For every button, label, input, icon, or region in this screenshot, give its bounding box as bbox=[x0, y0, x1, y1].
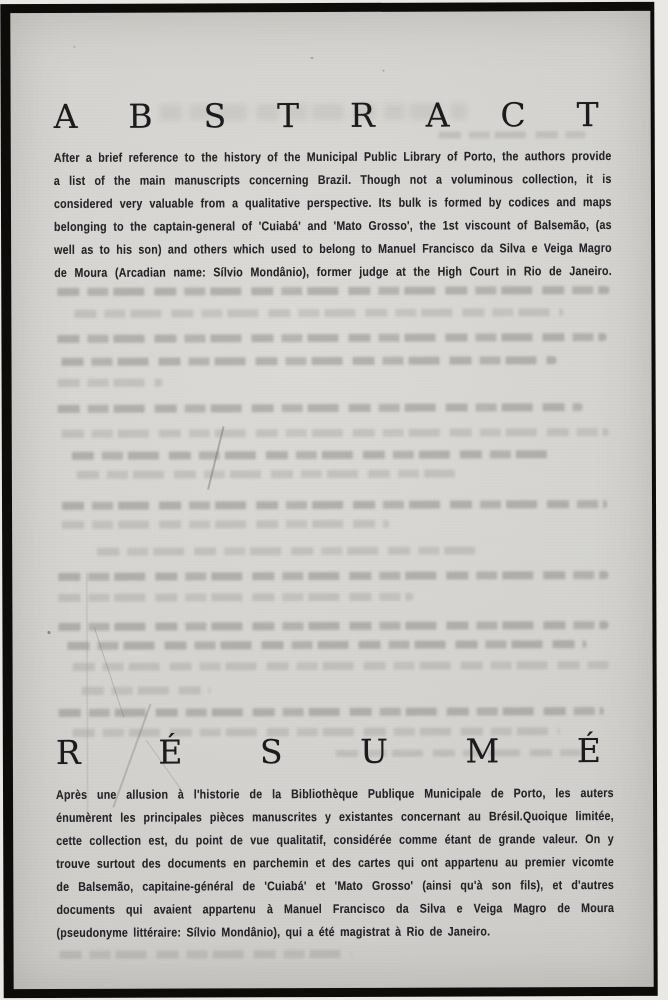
heading-letter: M bbox=[465, 734, 499, 767]
bleedthrough-line bbox=[55, 621, 608, 631]
paragraph-line: Après une allusion à l'historie de la Bi… bbox=[56, 782, 614, 807]
abstract-heading: A B S T R A C T bbox=[54, 98, 599, 133]
ink-speck bbox=[382, 70, 384, 72]
paragraph-line: énumèrent les principales pièces manuscr… bbox=[56, 805, 614, 830]
bleedthrough-line bbox=[64, 640, 586, 650]
bleedthrough-line bbox=[55, 403, 583, 413]
paragraph-line: de Moura (Arcadian name: Sílvio Mondânio… bbox=[54, 260, 612, 285]
ink-speck bbox=[310, 57, 313, 59]
heading-letter: S bbox=[203, 99, 226, 132]
bleedthrough-line bbox=[94, 546, 476, 555]
bleedthrough-line bbox=[70, 661, 610, 671]
paragraph-line: documents qui avaient appartenu à Manuel… bbox=[56, 897, 614, 922]
ink-speck bbox=[73, 46, 75, 48]
bleedthrough-line bbox=[54, 333, 606, 343]
paragraph-line: de Balsemão, capitaine-général de 'Cuiab… bbox=[56, 874, 614, 899]
heading-letter: A bbox=[54, 100, 78, 133]
bleedthrough-line bbox=[55, 571, 608, 581]
paragraph-line: considered very valuable from a qualitat… bbox=[54, 191, 612, 216]
paragraph-line: a list of the main manuscripts concernin… bbox=[54, 168, 612, 193]
heading-letter: U bbox=[360, 735, 388, 768]
bleedthrough-line bbox=[59, 520, 389, 529]
bleedthrough-line bbox=[59, 500, 607, 510]
heading-letter: C bbox=[500, 98, 525, 131]
paragraph-line: belonging to the captain-general of 'Cui… bbox=[54, 214, 612, 239]
paragraph-line: After a brief reference to the history o… bbox=[54, 145, 612, 170]
bleedthrough-line bbox=[74, 470, 456, 479]
heading-letter: S bbox=[260, 735, 283, 768]
paragraph-line: cette collection est, du point de vue qu… bbox=[56, 828, 614, 853]
heading-letter: R bbox=[56, 736, 81, 769]
heading-letter: T bbox=[277, 99, 299, 132]
heading-letter: É bbox=[577, 734, 601, 767]
bleedthrough-line bbox=[59, 356, 557, 366]
bleedthrough-line bbox=[57, 950, 352, 959]
resume-heading: R É S U M É bbox=[56, 734, 601, 769]
paragraph-line: well as to his son) and others which use… bbox=[54, 237, 612, 262]
heading-letter: R bbox=[350, 99, 375, 132]
heading-letter: T bbox=[577, 98, 599, 131]
ink-speck bbox=[47, 631, 50, 634]
bleedthrough-line bbox=[69, 450, 557, 460]
heading-letter: É bbox=[158, 736, 182, 769]
heading-letter: A bbox=[426, 99, 450, 132]
abstract-paragraph: After a brief reference to the history o… bbox=[54, 145, 612, 285]
bleedthrough-line bbox=[55, 593, 413, 602]
paragraph-line: (pseudonyme littéraire: Sílvio Mondânio)… bbox=[56, 920, 614, 945]
bleedthrough-line bbox=[71, 308, 563, 318]
scratch-mark bbox=[94, 627, 125, 718]
bleedthrough-line bbox=[79, 686, 211, 694]
bleedthrough-line bbox=[55, 379, 163, 387]
bleedthrough-line bbox=[56, 707, 604, 717]
paragraph-line: trouve surtout des documents en parchemi… bbox=[56, 851, 614, 876]
heading-letter: B bbox=[128, 100, 152, 133]
scanned-page: A B S T R A C T After a brief reference … bbox=[10, 11, 653, 989]
resume-paragraph: Après une allusion à l'historie de la Bi… bbox=[56, 782, 614, 945]
bleedthrough-line bbox=[54, 286, 609, 296]
scan-border: A B S T R A C T After a brief reference … bbox=[0, 2, 657, 998]
bleedthrough-line bbox=[59, 428, 609, 438]
